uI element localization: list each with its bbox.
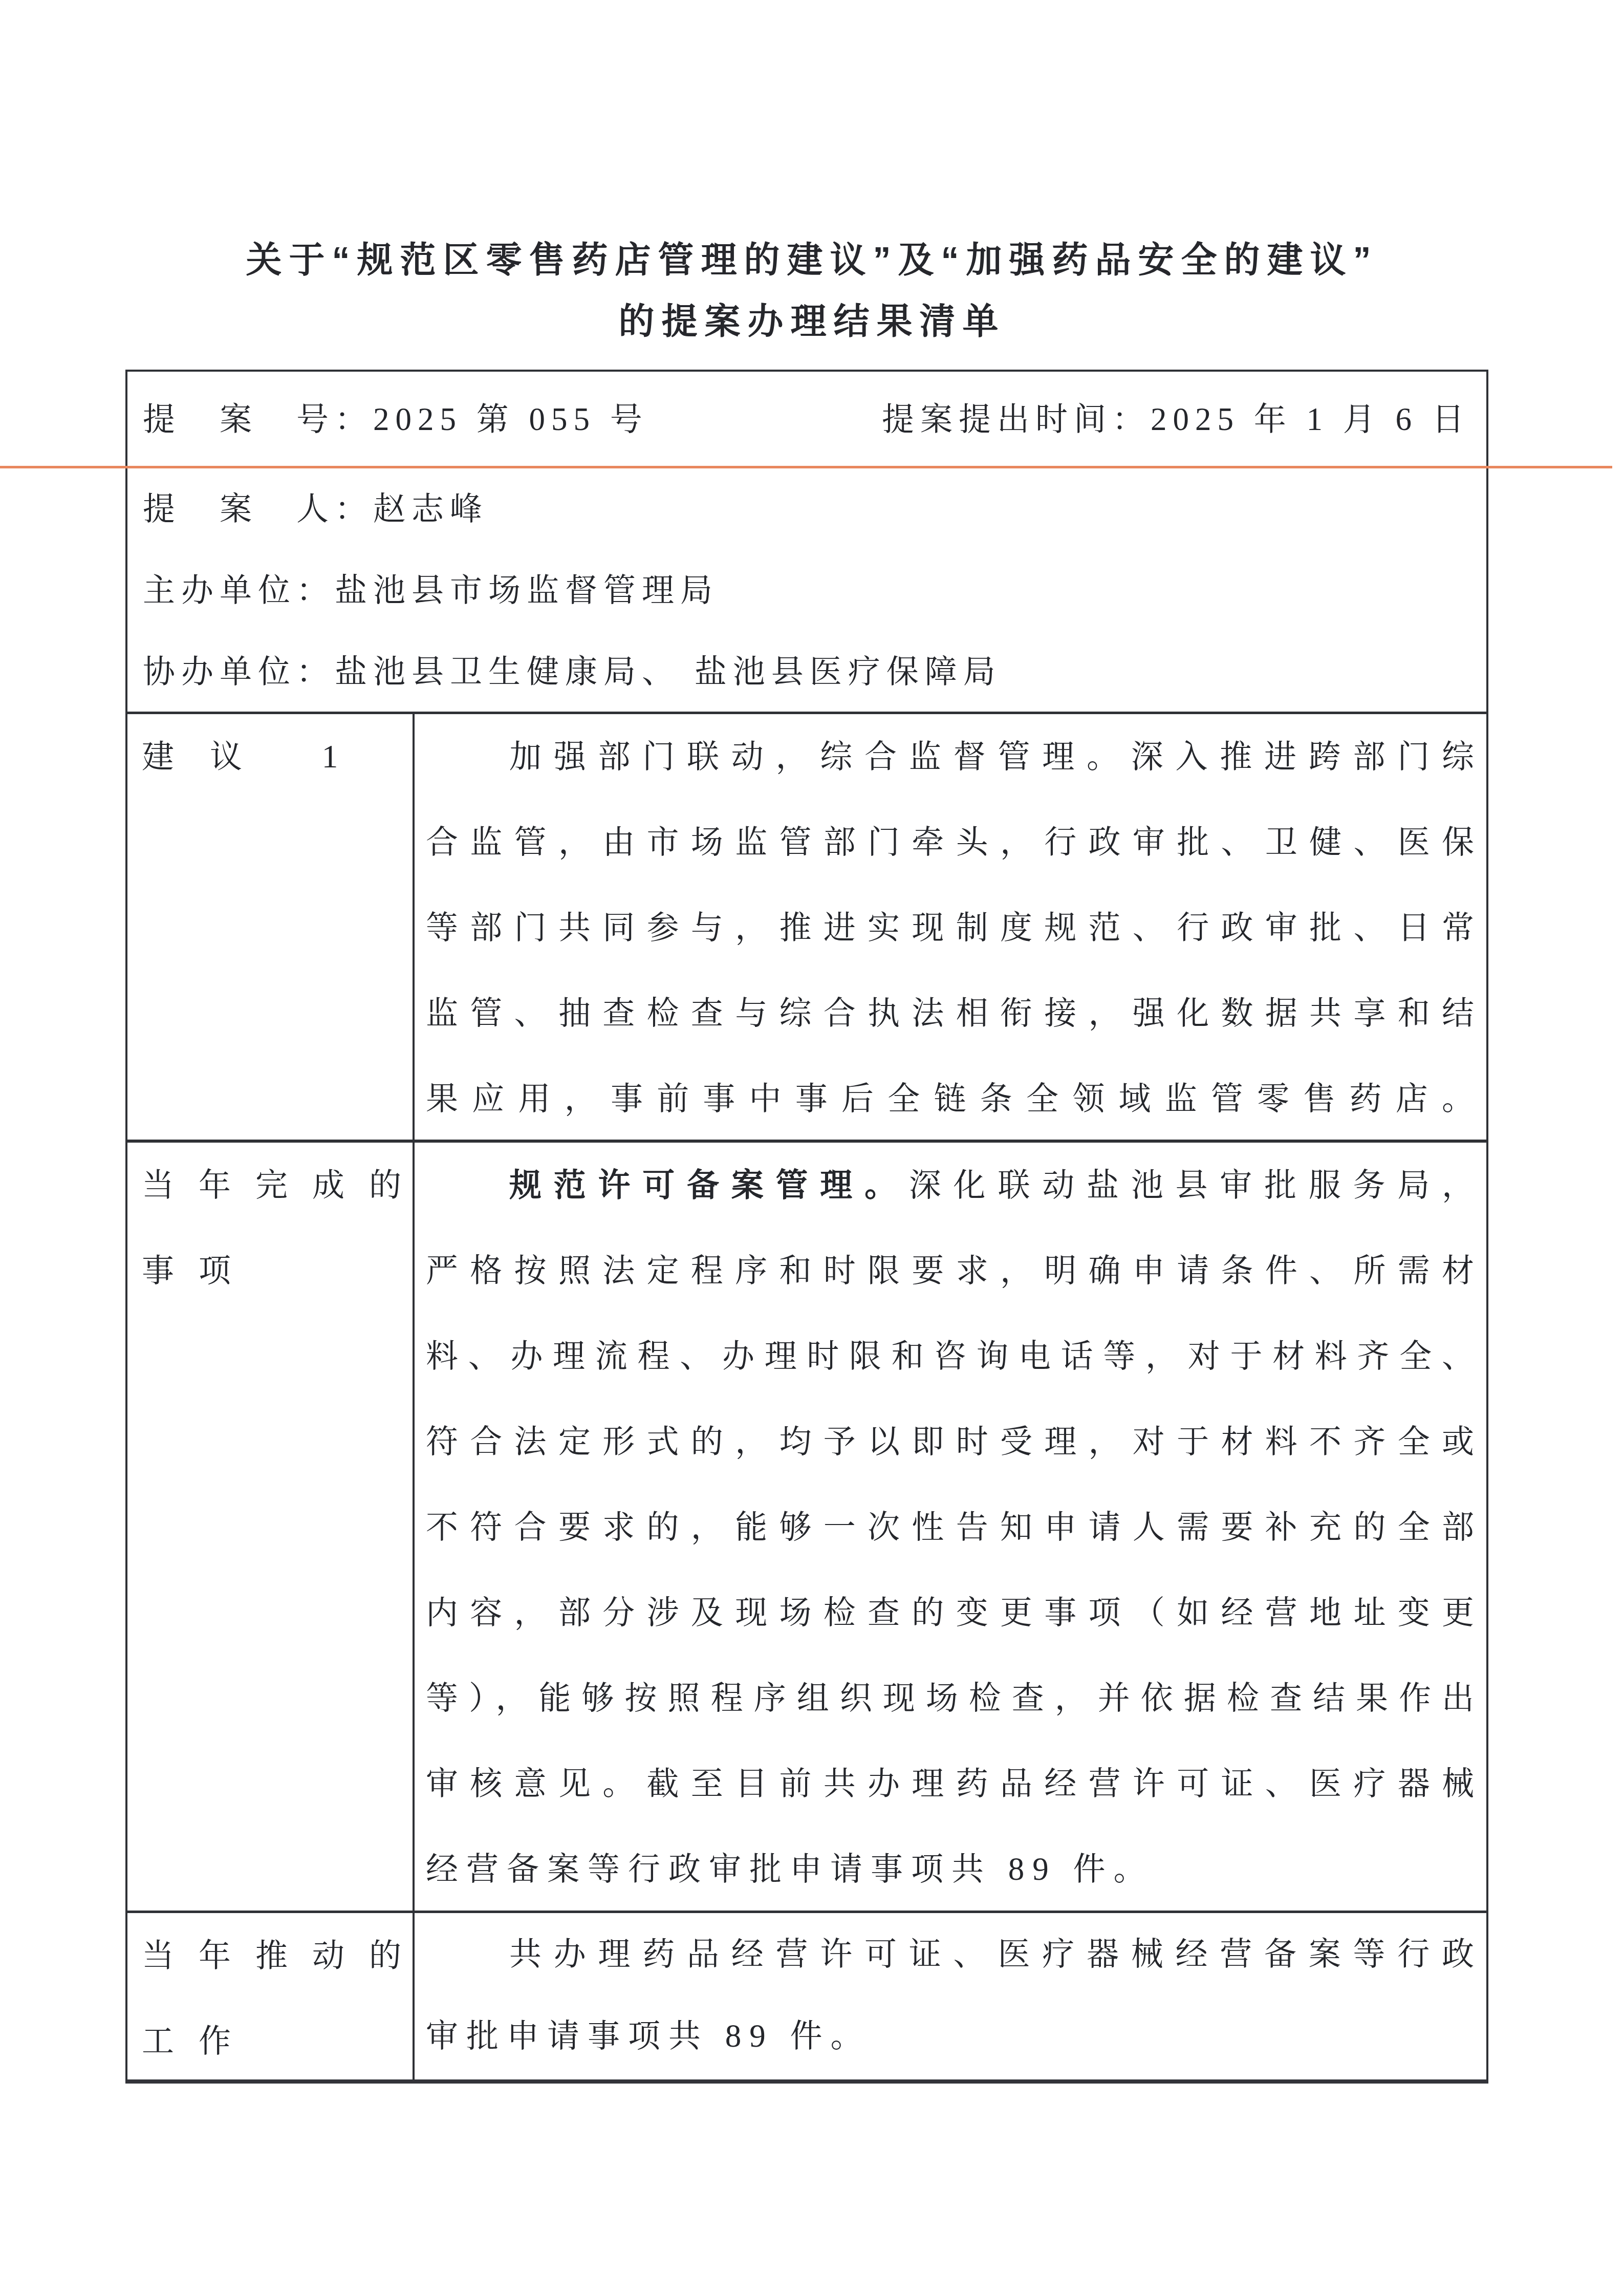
lead-rest-text: 深化联动盐池县审批服务局， — [909, 1167, 1480, 1203]
text-line: 不符合要求的，能够一次性告知申请人需要补充的全部 — [426, 1485, 1480, 1570]
text-line: 严格按照法定程序和时限要求，明确申请条件、所需材 — [426, 1228, 1480, 1314]
text-line: 加强部门联动，综合监督管理。深入推进跨部门综 — [426, 714, 1480, 800]
proposal-time-field: 提案提出时间：2025 年 1 月 6 日 — [882, 372, 1470, 467]
proposal-number-field: 提 案 号：2025 第 055 号 — [143, 372, 648, 467]
scan-artifact-line — [0, 466, 1612, 468]
promoted-label-line1: 当年推动的 — [142, 1913, 413, 1999]
text-line: 内容，部分涉及现场检查的变更事项（如经营地址变更 — [426, 1570, 1480, 1656]
completed-content-cell: 规范许可备案管理。深化联动盐池县审批服务局， 严格按照法定程序和时限要求，明确申… — [415, 1143, 1486, 1911]
proposal-time-value: 2025 年 1 月 6 日 — [1151, 401, 1470, 437]
document-title-line2: 的提案办理结果清单 — [0, 293, 1624, 345]
text-line: 规范许可备案管理。深化联动盐池县审批服务局， — [426, 1143, 1480, 1228]
table-row-meta-block: 提 案 人：赵志峰 主办单位：盐池县市场监督管理局 协办单位：盐池县卫生健康局、… — [127, 467, 1486, 712]
text-line: 共办理药品经营许可证、医疗器械经营备案等行政 — [426, 1913, 1480, 1995]
proposal-number-label: 提 案 号： — [143, 401, 373, 437]
proposal-result-table: 提 案 号：2025 第 055 号 提案提出时间：2025 年 1 月 6 日… — [125, 370, 1488, 2084]
co-unit-label: 协办单位： — [143, 654, 335, 690]
text-line: 等），能够按照程序组织现场检查，并依据检查结果作出 — [426, 1656, 1480, 1741]
completed-label-line1: 当年完成的 — [142, 1143, 413, 1228]
text-line: 合监管，由市场监管部门牵头，行政审批、卫健、医保 — [426, 800, 1480, 885]
document-title-line1: 关于“规范区零售药店管理的建议”及“加强药品安全的建议” — [0, 231, 1624, 283]
proposer-value: 赵志峰 — [373, 491, 488, 527]
host-unit-value: 盐池县市场监督管理局 — [335, 572, 719, 608]
text-line: 审批申请事项共 89 件。 — [426, 1995, 1480, 2077]
text-line: 监管、抽查检查与综合执法相衔接，强化数据共享和结 — [426, 971, 1480, 1056]
completed-label-line2: 事项 — [142, 1228, 413, 1314]
text-line: 等部门共同参与，推进实现制度规范、行政审批、日常 — [426, 885, 1480, 971]
document-page: 关于“规范区零售药店管理的建议”及“加强药品安全的建议” 的提案办理结果清单 提… — [0, 0, 1624, 2296]
suggestion-content-cell: 加强部门联动，综合监督管理。深入推进跨部门综 合监管，由市场监管部门牵头，行政审… — [415, 714, 1486, 1140]
promoted-label-line2: 工作 — [142, 1999, 413, 2084]
promoted-label-cell: 当年推动的 工作 — [127, 1913, 415, 2079]
proposer-field: 提 案 人：赵志峰 — [143, 468, 1486, 550]
completed-label-cell: 当年完成的 事项 — [127, 1143, 415, 1911]
text-line: 经营备案等行政审批申请事项共 89 件。 — [426, 1827, 1480, 1911]
proposal-time-label: 提案提出时间： — [882, 401, 1151, 437]
host-unit-label: 主办单位： — [143, 572, 335, 608]
host-unit-field: 主办单位：盐池县市场监督管理局 — [143, 550, 1486, 631]
text-line: 审核意见。截至目前共办理药品经营许可证、医疗器械 — [426, 1741, 1480, 1827]
bold-lead-text: 规范许可备案管理。 — [509, 1167, 909, 1203]
table-row-completed-items: 当年完成的 事项 规范许可备案管理。深化联动盐池县审批服务局， 严格按照法定程序… — [127, 1140, 1486, 1911]
suggestion-label: 建议 1 — [142, 714, 413, 800]
proposal-number-value: 2025 第 055 号 — [373, 401, 648, 437]
text-line: 料、办理流程、办理时限和咨询电话等，对于材料齐全、 — [426, 1314, 1480, 1399]
suggestion-label-cell: 建议 1 — [127, 714, 415, 1140]
promoted-content-cell: 共办理药品经营许可证、医疗器械经营备案等行政 审批申请事项共 89 件。 — [415, 1913, 1486, 2079]
proposer-label: 提 案 人： — [143, 491, 373, 527]
co-unit-field: 协办单位：盐池县卫生健康局、 盐池县医疗保障局 — [143, 631, 1486, 713]
text-line: 符合法定形式的，均予以即时受理，对于材料不齐全或 — [426, 1399, 1480, 1485]
table-row-promoted-work: 当年推动的 工作 共办理药品经营许可证、医疗器械经营备案等行政 审批申请事项共 … — [127, 1911, 1486, 2079]
co-unit-value: 盐池县卫生健康局、 盐池县医疗保障局 — [335, 654, 1002, 690]
table-row-proposal-number: 提 案 号：2025 第 055 号 提案提出时间：2025 年 1 月 6 日 — [127, 372, 1486, 467]
table-row-suggestion-1: 建议 1 加强部门联动，综合监督管理。深入推进跨部门综 合监管，由市场监管部门牵… — [127, 712, 1486, 1140]
text-line: 果应用，事前事中事后全链条全领域监管零售药店。 — [426, 1056, 1480, 1140]
